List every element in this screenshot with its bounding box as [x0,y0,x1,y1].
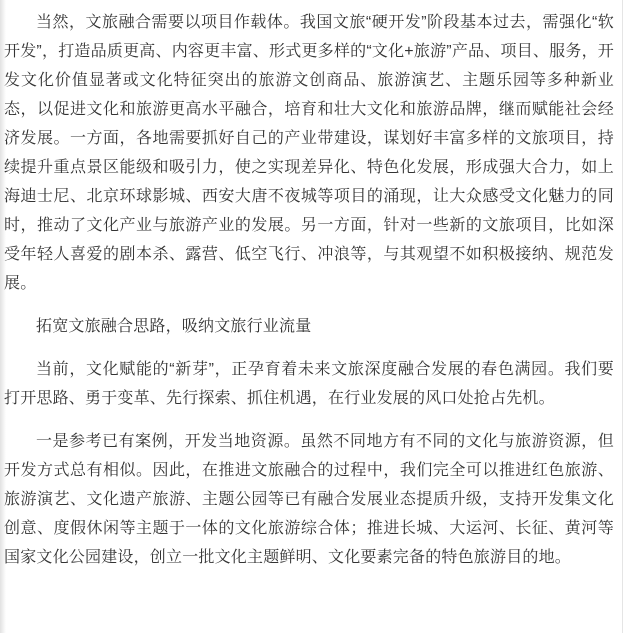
article-paragraph-2: 当前，文化赋能的“新芽”，正孕育着未来文旅深度融合发展的春色满园。我们要打开思路… [4,355,614,413]
article-paragraph-3: 一是参考已有案例，开发当地资源。虽然不同地方有不同的文化与旅游资源，但开发方式总… [4,427,614,572]
article-paragraph-1: 当然，文旅融合需要以项目作载体。我国文旅“硬开发”阶段基本过去，需强化“软开发”… [4,8,614,298]
article-body: 当然，文旅融合需要以项目作载体。我国文旅“硬开发”阶段基本过去，需强化“软开发”… [0,0,628,586]
section-subheading: 拓宽文旅融合思路，吸纳文旅行业流量 [4,312,614,341]
